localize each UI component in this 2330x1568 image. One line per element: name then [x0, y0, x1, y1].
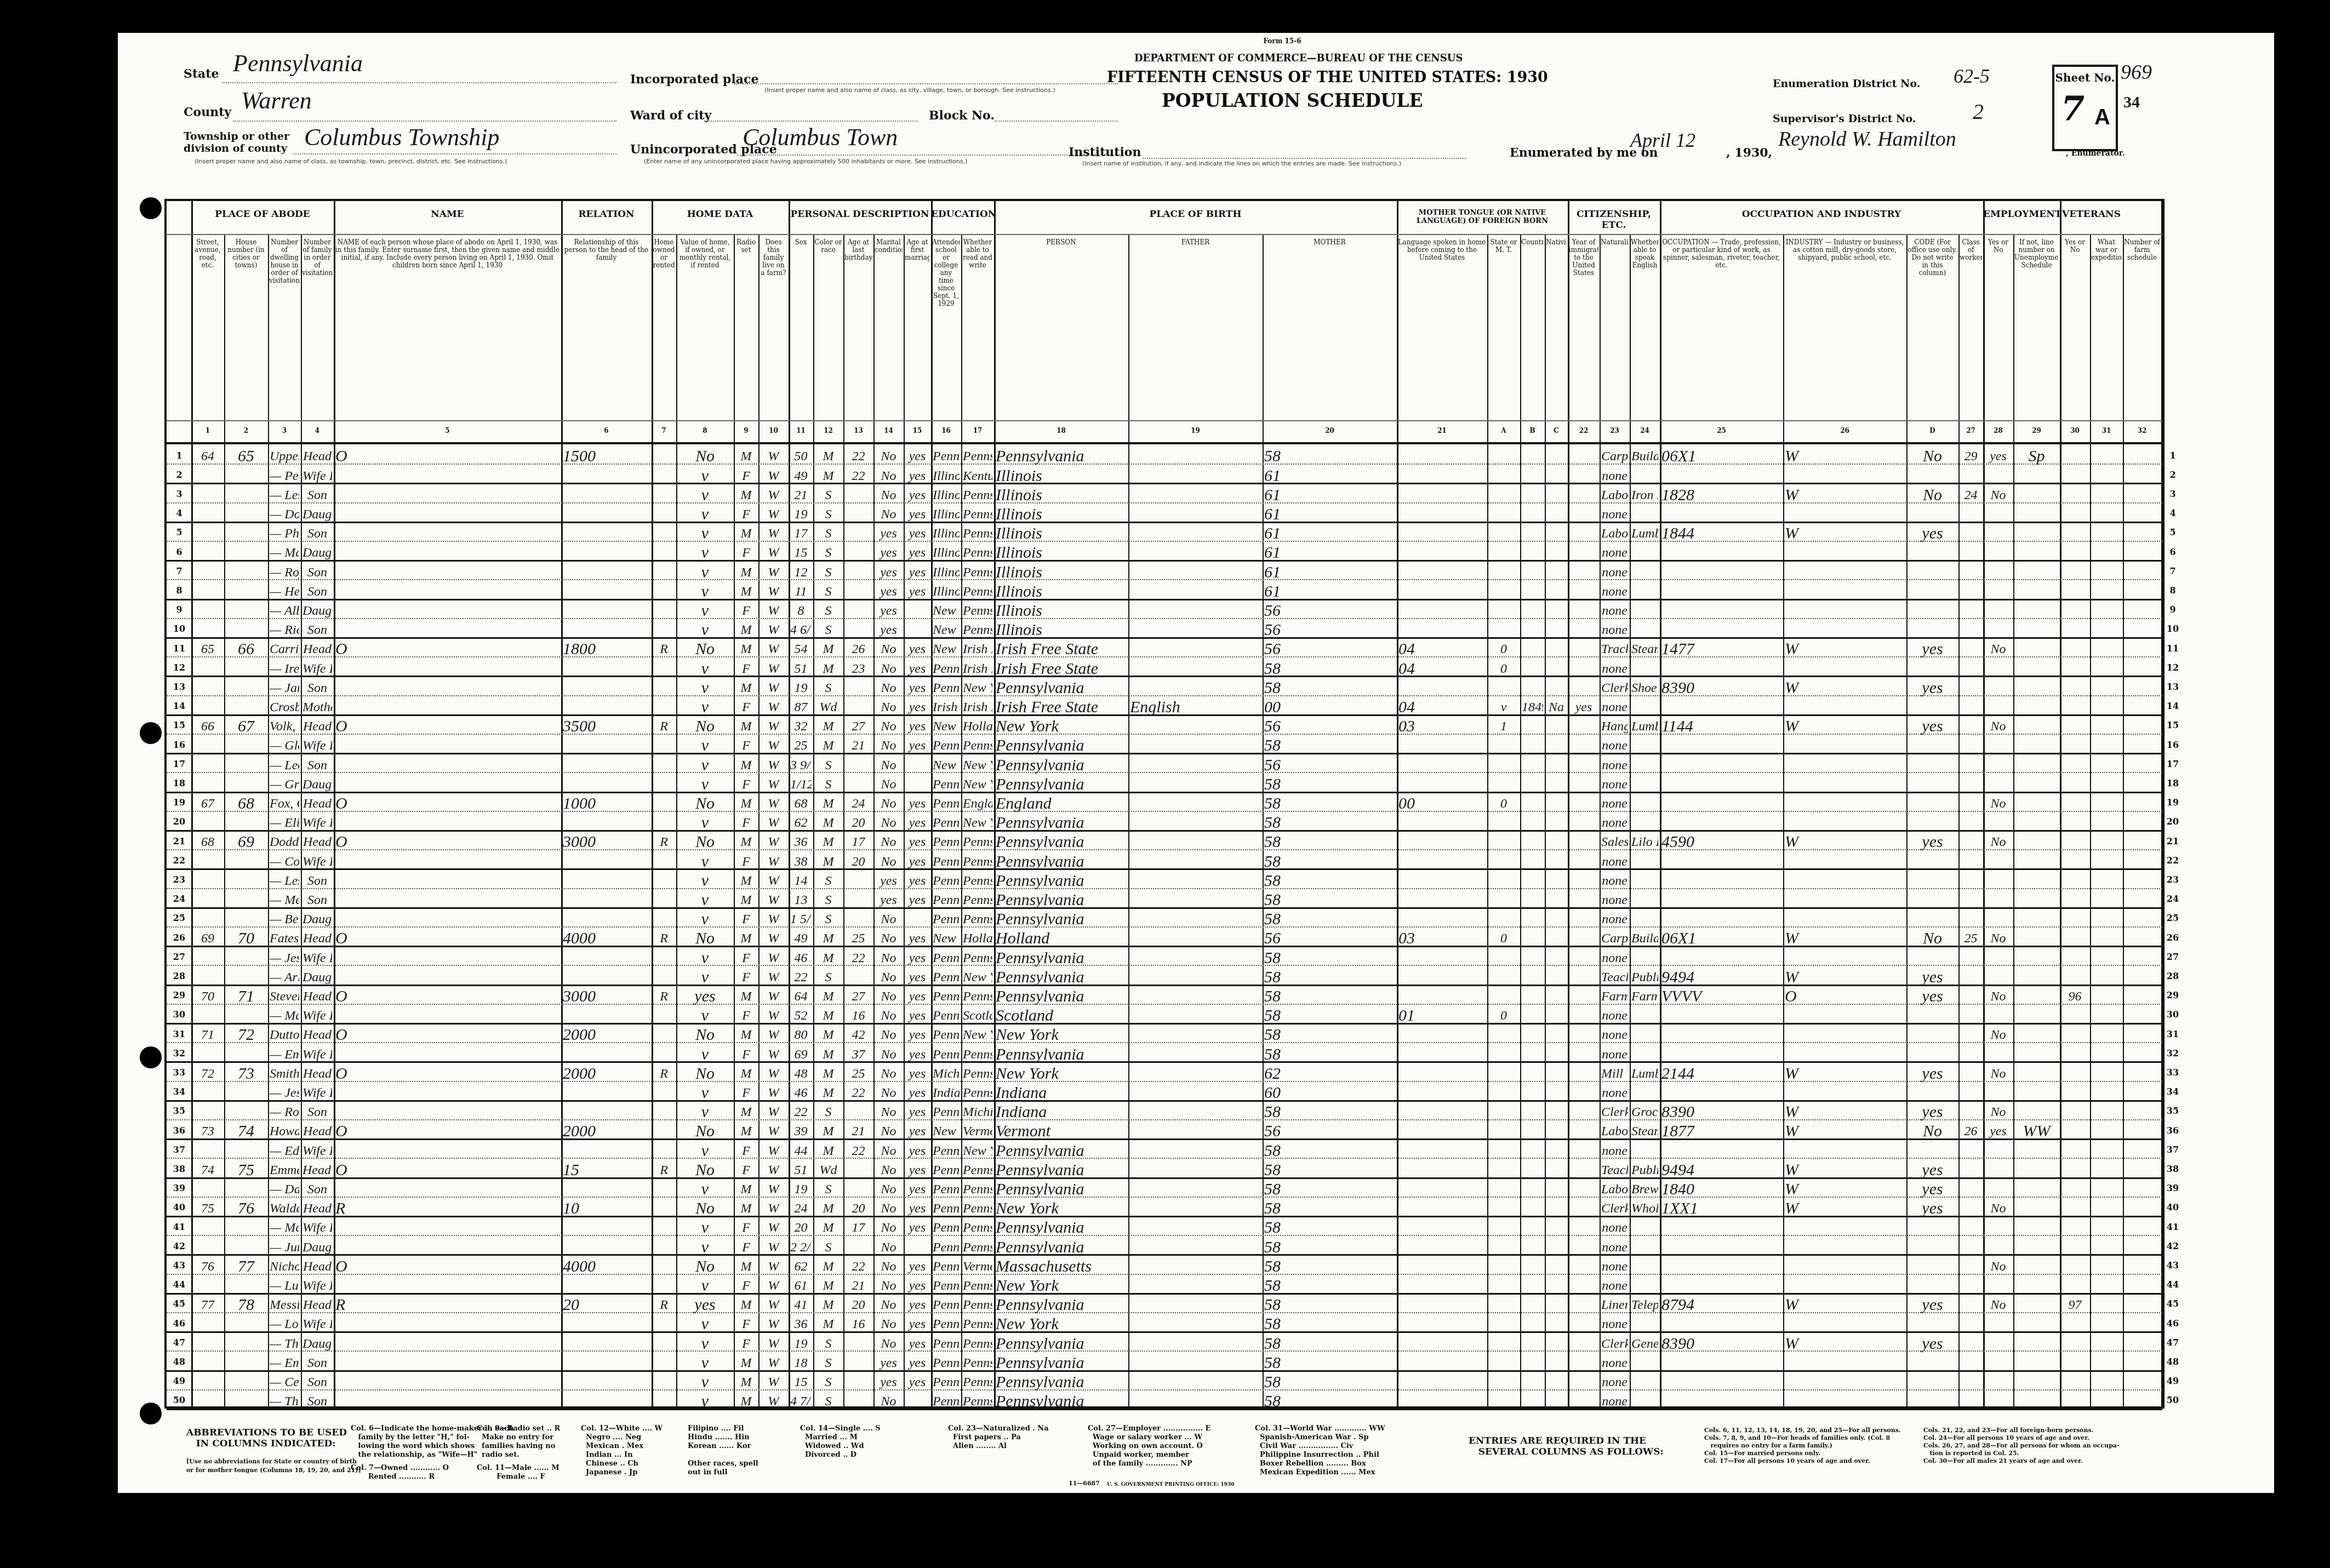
cell-agem: 42 [845, 1026, 872, 1044]
cell-sch: yes [875, 1374, 902, 1391]
column-number: D [1906, 427, 1958, 434]
cell-name: Messinger, Leonard H. [270, 1296, 299, 1314]
cell-race: W [760, 1103, 787, 1121]
column-number: 4 [301, 427, 334, 434]
cell-sch: No [875, 467, 902, 485]
township-line [293, 153, 616, 154]
cell-sex: F [735, 1277, 757, 1295]
cell-codeC: v [1489, 699, 1518, 716]
cell-mar: S [815, 506, 842, 523]
cell-farmsch: 97 [2061, 1296, 2088, 1314]
cell-mar: M [815, 718, 842, 735]
cell-age: 39 [790, 1123, 812, 1140]
line-number: 8 [169, 585, 190, 596]
cell-sex: M [735, 872, 757, 890]
cell-ind: Building Trade [1631, 930, 1658, 947]
cell-rel: Daughter [302, 969, 332, 986]
cell-ind: Lilo Farm Supplies [1631, 833, 1658, 851]
cell-name: — Alberta E. [270, 602, 299, 620]
enum-district-label: Enumeration District No. [1773, 78, 1920, 90]
cell-val: 3500 [563, 718, 650, 735]
cell-dw: 66 [193, 718, 222, 735]
cell-age: 41 [790, 1296, 812, 1314]
column-number: 18 [994, 427, 1128, 434]
cell-sch: No [875, 1335, 902, 1353]
cell-occ: none [1601, 737, 1628, 754]
column-number: 32 [2123, 427, 2161, 434]
column-header: Naturalization [1601, 238, 1629, 416]
cell-sex: F [735, 544, 757, 562]
line-number-right: 12 [2162, 662, 2183, 673]
punch-hole [140, 1046, 162, 1068]
column-number: 28 [1983, 427, 2013, 434]
column-number: 20 [1263, 427, 1397, 434]
cell-mar: S [815, 776, 842, 793]
cell-name: — Cora L. [270, 853, 299, 871]
cell-farm: v [678, 757, 732, 774]
cell-race: W [760, 660, 787, 678]
cell-sex: M [735, 718, 757, 735]
cell-rel: Son [302, 1354, 332, 1372]
row-rule [167, 483, 2162, 484]
cell-farm: v [678, 872, 732, 890]
column-header: State or M. T. [1488, 238, 1519, 416]
entries-title: ENTRIES ARE REQUIRED IN THE SEVERAL COLU… [1469, 1435, 1664, 1457]
cell-age: 21 [790, 487, 812, 504]
county-value: Warren [241, 87, 312, 115]
cell-fpob: New York [963, 679, 992, 697]
row-rule [167, 753, 2162, 754]
cell-fpob: Pennsylvania [963, 448, 992, 465]
cell-name: — Margaret M. [270, 1007, 299, 1025]
cell-rel: Head [302, 930, 332, 947]
cell-age: 8 [790, 602, 812, 620]
cell-dw: 69 [193, 930, 222, 947]
cell-sex: M [735, 988, 757, 1005]
cell-sch: No [875, 1123, 902, 1140]
cell-radio: R [653, 1296, 675, 1314]
cell-sex: F [735, 660, 757, 678]
cell-rel: Son [302, 1393, 332, 1410]
cell-codeD: 1844 [1661, 525, 1781, 542]
cell-mar: Wd [815, 1161, 842, 1179]
cell-sex: M [735, 1200, 757, 1217]
row-rule [167, 888, 2162, 889]
group-divider [1568, 201, 1569, 1406]
cell-pob: Pennsylvania [933, 679, 960, 697]
row-rule [167, 868, 2162, 870]
line-number: 18 [169, 778, 190, 788]
cell-farm: v [678, 487, 732, 504]
cell-name: Crosby, Kathryn [270, 699, 299, 716]
cell-mar: M [815, 930, 842, 947]
unincorporated-value: Columbus Town [743, 123, 898, 151]
cell-fpob: New York [963, 776, 992, 793]
cell-occ: none [1601, 1084, 1628, 1102]
cell-name: — Leslie W. [270, 487, 299, 504]
cell-occ: Clerk [1601, 1335, 1628, 1353]
column-number: 8 [676, 427, 734, 434]
cell-val: 4000 [563, 930, 650, 947]
cell-read: yes [905, 1277, 929, 1295]
cell-read: yes [905, 872, 929, 890]
column-number: 15 [904, 427, 931, 434]
cell-rel: Wife H [302, 1315, 332, 1333]
cell-sch: No [875, 911, 902, 928]
column-number: 7 [652, 427, 676, 434]
cell-codeD: VVVV [1661, 988, 1781, 1005]
cell-rel: Head [302, 448, 332, 465]
line-number: 6 [169, 547, 190, 557]
line-number-right: 4 [2162, 508, 2183, 518]
cell-own: O [335, 833, 559, 851]
cell-mpob: Pennsylvania [996, 872, 1127, 890]
cell-name: — Thomas Jr. [270, 1393, 299, 1410]
cell-rel: Daughter [302, 544, 332, 562]
cell-cls: W [1785, 1103, 1905, 1121]
cell-age: 69 [790, 1046, 812, 1063]
cell-occ: none [1601, 660, 1628, 678]
cell-read: yes [905, 583, 929, 600]
cell-mpob: Pennsylvania [996, 814, 1127, 832]
cell-cls: W [1785, 1335, 1905, 1353]
line-number-right: 36 [2162, 1125, 2183, 1136]
cell-sex: M [735, 795, 757, 812]
column-header: Home owned or rented [653, 238, 675, 416]
cell-sex: F [735, 1007, 757, 1025]
column-header: Whether able to speak English [1631, 238, 1659, 416]
cell-mpob: Pennsylvania [996, 1219, 1127, 1237]
cell-age: 18 [790, 1354, 812, 1372]
cell-fpob: Pennsylvania [963, 1374, 992, 1391]
column-header: Number of dwelling house in order of vis… [269, 238, 300, 416]
cell-agem: 22 [845, 1084, 872, 1102]
cell-name: — Pearl K. [270, 467, 299, 485]
cell-occ: Carpenter [1601, 930, 1628, 947]
cell-read: yes [905, 1181, 929, 1198]
cell-vet: No [1985, 640, 2012, 658]
cell-mar: S [815, 487, 842, 504]
cell-agem: 22 [845, 949, 872, 967]
cell-fam: 75 [226, 1161, 266, 1179]
cell-codeD: 1877 [1661, 1123, 1781, 1140]
state-label: State [184, 67, 219, 81]
cell-pob: New York [933, 930, 960, 947]
row-rule [167, 1409, 2162, 1410]
line-number-right: 10 [2162, 623, 2183, 634]
group-divider [1660, 201, 1661, 1406]
cell-pob: Pennsylvania [933, 1277, 960, 1295]
cell-codeA: 58 [1264, 969, 1395, 986]
cell-war: Sp [2015, 448, 2058, 465]
cell-read: yes [905, 679, 929, 697]
unincorporated-line [737, 154, 1118, 156]
cell-read: yes [905, 1354, 929, 1372]
cell-mpob: Illinois [996, 544, 1127, 562]
cell-mpob: Pennsylvania [996, 1181, 1127, 1198]
cell-agem: 17 [845, 1219, 872, 1237]
cell-ind: Lumber Mill [1631, 525, 1658, 542]
cell-work: yes [1908, 718, 1957, 735]
cell-race: W [760, 602, 787, 620]
cell-agem: 22 [845, 448, 872, 465]
state-line [222, 82, 616, 83]
cell-farm: v [678, 660, 732, 678]
column-header: Sex [790, 238, 812, 416]
line-number-right: 23 [2162, 874, 2183, 885]
cell-race: W [760, 872, 787, 890]
cell-sch: No [875, 1239, 902, 1256]
column-group-header: VETERANS [2060, 209, 2123, 220]
cell-farm: No [678, 1200, 732, 1217]
cell-sex: F [735, 737, 757, 754]
column-group-header: PLACE OF BIRTH [994, 209, 1397, 220]
cell-work: No [1908, 487, 1957, 504]
cell-codeA: 58 [1264, 872, 1395, 890]
cell-work: yes [1908, 969, 1957, 986]
cell-occ: none [1601, 467, 1628, 485]
cell-mpob: Pennsylvania [996, 1374, 1127, 1391]
column-group-header: PERSONAL DESCRIPTION [789, 209, 931, 220]
cell-occ: none [1601, 506, 1628, 523]
cell-mar: S [815, 891, 842, 909]
cell-sch: No [875, 1084, 902, 1102]
cell-mpob: Massachusetts [996, 1258, 1127, 1275]
column-number: 23 [1600, 427, 1630, 434]
cell-sex: F [735, 1315, 757, 1333]
cell-pob: New York [933, 1123, 960, 1140]
cell-fam: 66 [226, 640, 266, 658]
cell-pob: Pennsylvania [933, 853, 960, 871]
cell-pob: New York [933, 757, 960, 774]
cell-read: yes [905, 544, 929, 562]
cell-mpob: Irish Free State [996, 640, 1127, 658]
cell-rel: Head [302, 1026, 332, 1044]
cell-vet: No [1985, 487, 2012, 504]
cell-radio: R [653, 1161, 675, 1179]
cell-age: 46 [790, 1084, 812, 1102]
cell-codeA: 60 [1264, 1084, 1395, 1102]
cell-cls: O [1785, 988, 1905, 1005]
cell-sch: No [875, 988, 902, 1005]
cell-sch: yes [875, 1354, 902, 1372]
cell-read: yes [905, 487, 929, 504]
cell-mar: S [815, 525, 842, 542]
cell-own: O [335, 1065, 559, 1083]
cell-name: — Betty J. [270, 911, 299, 928]
cell-work: yes [1908, 640, 1957, 658]
cell-farm: v [678, 969, 732, 986]
cell-farm: No [678, 1161, 732, 1179]
cell-mpob: Pennsylvania [996, 988, 1127, 1005]
cell-pob: Pennsylvania [933, 1007, 960, 1025]
cell-race: W [760, 525, 787, 542]
column-number: 5 [334, 427, 561, 434]
cell-cls: W [1785, 1161, 1905, 1179]
cell-farm: v [678, 891, 732, 909]
cell-unemp: 29 [1960, 448, 1981, 465]
cell-rel: Wife H [302, 853, 332, 871]
cell-read: yes [905, 737, 929, 754]
cell-age: 48 [790, 1065, 812, 1083]
cell-mar: S [815, 544, 842, 562]
cell-farm: No [678, 718, 732, 735]
cell-fpob: Pennsylvania [963, 1239, 992, 1256]
cell-farm: v [678, 564, 732, 581]
cell-fpob: Pennsylvania [963, 1315, 992, 1333]
cell-unemp: 26 [1960, 1123, 1981, 1140]
column-header: If not, line number on Unemployment Sche… [2014, 238, 2059, 416]
cell-mar: S [815, 1335, 842, 1353]
cell-age: 22 [790, 969, 812, 986]
cell-fam: 69 [226, 833, 266, 851]
enumerated-date: April 12 [1630, 129, 1695, 152]
cell-fam: 74 [226, 1123, 266, 1140]
column-number: 31 [2090, 427, 2123, 434]
abbrev-title: ABBREVIATIONS TO BE USED IN COLUMNS INDI… [186, 1427, 347, 1449]
cell-radio: R [653, 718, 675, 735]
cell-ind: Telephone [1631, 1296, 1658, 1314]
cell-age: 11 [790, 583, 812, 600]
cell-codeA: 58 [1264, 795, 1395, 812]
cell-name: Dutton, John [270, 1026, 299, 1044]
row-rule [167, 560, 2162, 562]
cell-mar: S [815, 1354, 842, 1372]
cell-mar: S [815, 583, 842, 600]
cell-fpob: Vermont [963, 1123, 992, 1140]
cell-sex: F [735, 911, 757, 928]
cell-sch: No [875, 853, 902, 871]
cell-codeA: 58 [1264, 448, 1395, 465]
cell-age: 49 [790, 467, 812, 485]
column-header: Age at first marriage [905, 238, 930, 416]
cell-codeA: 58 [1264, 1142, 1395, 1160]
line-number-right: 32 [2162, 1048, 2183, 1058]
line-number-right: 24 [2162, 894, 2183, 904]
cell-pob: Pennsylvania [933, 1103, 960, 1121]
line-number: 23 [169, 874, 190, 885]
cell-age: 46 [790, 949, 812, 967]
cell-age: 51 [790, 1161, 812, 1179]
cell-mar: S [815, 1393, 842, 1410]
column-group-header: PLACE OF ABODE [191, 209, 334, 220]
cell-val: 1000 [563, 795, 650, 812]
cell-pob: Pennsylvania [933, 1335, 960, 1353]
line-number-right: 20 [2162, 816, 2183, 827]
cell-rel: Wife H [302, 737, 332, 754]
cell-mpob: Pennsylvania [996, 1335, 1127, 1353]
cell-mpob: New York [996, 718, 1127, 735]
cell-name: — Emma [270, 1046, 299, 1063]
column-header: Number of family in order of visitation [302, 238, 333, 416]
cell-name: Volk, Leon L. [270, 718, 299, 735]
cell-mpob: Pennsylvania [996, 891, 1127, 909]
cell-codeA: 56 [1264, 602, 1395, 620]
cell-mpob: Illinois [996, 506, 1127, 523]
cell-ind: Lumber Mill [1631, 1065, 1658, 1083]
cell-farm: yes [678, 988, 732, 1005]
cell-name: Upperman, Samuel L. [270, 448, 299, 465]
cell-fam: 73 [226, 1065, 266, 1083]
cell-sch: No [875, 448, 902, 465]
cell-cls: W [1785, 1065, 1905, 1083]
cell-mar: S [815, 757, 842, 774]
cell-pob: Pennsylvania [933, 776, 960, 793]
cell-work: yes [1908, 1335, 1957, 1353]
cell-agem: 22 [845, 467, 872, 485]
cell-fpob: New York [963, 1142, 992, 1160]
cell-race: W [760, 795, 787, 812]
row-rule [167, 618, 2162, 619]
line-number: 41 [169, 1222, 190, 1232]
column-group-header: CITIZENSHIP, ETC. [1568, 209, 1660, 231]
cell-farm: v [678, 1084, 732, 1102]
cell-cls: W [1785, 833, 1905, 851]
incorporated-note: (Insert proper name and also name of cla… [764, 87, 1055, 94]
cell-mpob: New York [996, 1277, 1127, 1295]
cell-fam: 71 [226, 988, 266, 1005]
cell-pob: New York [933, 718, 960, 735]
cell-rel: Wife H [302, 660, 332, 678]
cell-occ: Laborer [1601, 1181, 1628, 1198]
column-number: 6 [561, 427, 652, 434]
cell-dw: 70 [193, 988, 222, 1005]
cell-farm: v [678, 1239, 732, 1256]
cell-sch: yes [875, 544, 902, 562]
cell-name: — Mary E. [270, 1219, 299, 1237]
cell-sch: yes [875, 602, 902, 620]
cell-fpob: Pennsylvania [963, 1046, 992, 1063]
cell-rel: Head H [302, 1161, 332, 1179]
cell-age: 36 [790, 833, 812, 851]
punch-hole [140, 197, 162, 219]
cell-radio: R [653, 1065, 675, 1083]
cell-mpob: Illinois [996, 525, 1127, 542]
cell-val: 2000 [563, 1065, 650, 1083]
cell-rel: Daughter [302, 911, 332, 928]
cell-mpob: Illinois [996, 467, 1127, 485]
cell-agem: 21 [845, 1277, 872, 1295]
cell-fpob: Pennsylvania [963, 1277, 992, 1295]
line-number: 10 [169, 623, 190, 634]
cell-farm: v [678, 911, 732, 928]
cell-mpob: Pennsylvania [996, 757, 1127, 774]
cell-mar: M [815, 949, 842, 967]
cell-name: — Greta L. [270, 776, 299, 793]
cell-read: yes [905, 1103, 929, 1121]
cell-pob: Illinois [933, 467, 960, 485]
line-number-right: 29 [2162, 990, 2183, 1000]
cell-occ: none [1601, 621, 1628, 639]
line-number-right: 14 [2162, 701, 2183, 711]
cell-occ: none [1601, 1046, 1628, 1063]
line-number: 2 [169, 470, 190, 480]
cell-own: O [335, 930, 559, 947]
cell-fam: 70 [226, 930, 266, 947]
cell-farm: v [678, 583, 732, 600]
cell-sch: No [875, 737, 902, 754]
cell-sch: No [875, 949, 902, 967]
cell-codeA: 56 [1264, 1123, 1395, 1140]
cell-mar: S [815, 602, 842, 620]
cell-codeA: 58 [1264, 1335, 1395, 1353]
cell-codeA: 58 [1264, 1315, 1395, 1333]
cell-own: R [335, 1200, 559, 1217]
cell-agem: 27 [845, 718, 872, 735]
line-number: 50 [169, 1395, 190, 1405]
cell-read: yes [905, 699, 929, 716]
line-number-right: 28 [2162, 971, 2183, 981]
